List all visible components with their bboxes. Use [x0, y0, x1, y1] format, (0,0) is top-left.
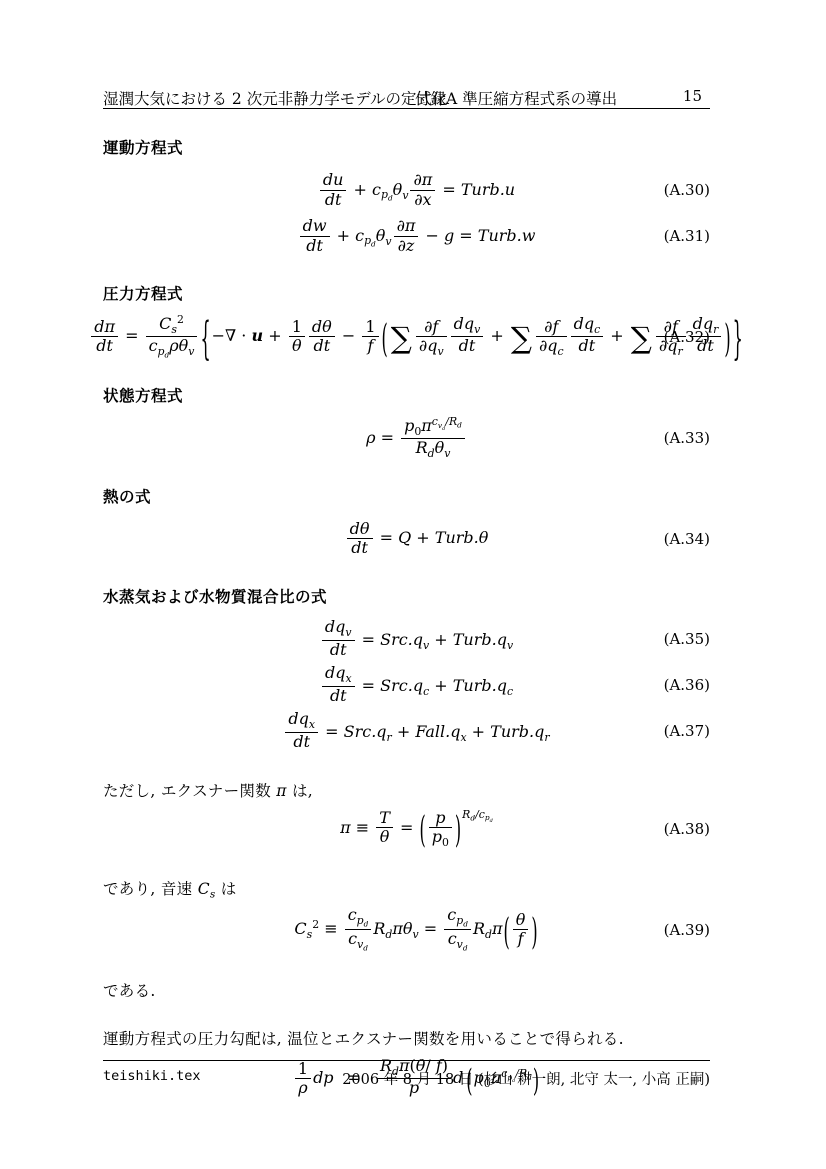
equation-A.30: dudt + cpdθv∂π∂x = Turb.u(A.30)	[103, 168, 710, 212]
footer-filename: teishiki.tex	[103, 1068, 201, 1089]
equation-number: (A.35)	[664, 630, 710, 648]
section-heading: 圧力方程式	[103, 282, 710, 304]
equation-content: dqxdt = Src.qr + Fall.qx + Turb.qr	[283, 710, 549, 751]
equation-A.39: Cs2 ≡ cpdcvdRdπθv = cpdcvdRdπ(θf)(A.39)	[103, 906, 710, 953]
equation-content: dqvdt = Src.qv + Turb.qv	[320, 618, 513, 659]
equation-content: dwdt + cpdθv∂π∂z − g = Turb.w	[298, 217, 536, 255]
equation-number: (A.39)	[664, 921, 710, 939]
paragraph: 運動方程式の圧力勾配は, 温位とエクスナー関数を用いることで得られる.	[103, 1027, 710, 1049]
paper-page: 湿潤大気における 2 次元非静力学モデルの定式化 付録A 準圧縮方程式系の導出 …	[0, 0, 826, 1169]
paragraph: であり, 音速 Cs は	[103, 877, 710, 901]
equation-content: dπdt = Cs2cpdρθv{−∇ · u + 1θdθdt − 1f(∑∂…	[89, 314, 744, 360]
equation-number: (A.31)	[664, 227, 710, 245]
section-heading: 熱の式	[103, 485, 710, 507]
content: 運動方程式dudt + cpdθv∂π∂x = Turb.u(A.30)dwdt…	[103, 112, 710, 1101]
running-head-left: 湿潤大気における 2 次元非静力学モデルの定式化	[103, 87, 447, 109]
section-heading: 運動方程式	[103, 136, 710, 158]
equation-A.36: dqxdt = Src.qc + Turb.qc(A.36)	[103, 663, 710, 707]
equation-A.33: ρ = p0πcvd/RdRdθv(A.33)	[103, 416, 710, 461]
equation-number: (A.30)	[664, 181, 710, 199]
page-header: 湿潤大気における 2 次元非静力学モデルの定式化 付録A 準圧縮方程式系の導出 …	[103, 87, 710, 109]
page-number: 15	[683, 87, 702, 105]
equation-A.35: dqvdt = Src.qv + Turb.qv(A.35)	[103, 617, 710, 661]
equation-number: (A.38)	[664, 820, 710, 838]
equation-A.32: dπdt = Cs2cpdρθv{−∇ · u + 1θdθdt − 1f(∑∂…	[103, 314, 710, 360]
equation-number: (A.34)	[664, 530, 710, 548]
equation-A.38: π ≡ Tθ = (pp0)Rd/cpd(A.38)	[103, 807, 710, 851]
page-footer: teishiki.tex 2006 年 8 月 18 日 (杉山 耕一朗, 北守…	[103, 1060, 710, 1089]
running-head-right: 付録A 準圧縮方程式系の導出	[415, 87, 617, 109]
equation-A.37: dqxdt = Src.qr + Fall.qx + Turb.qr(A.37)	[103, 709, 710, 753]
equation-content: ρ = p0πcvd/RdRdθv	[366, 416, 467, 461]
equation-content: dθdt = Q + Turb.θ	[345, 520, 489, 558]
paragraph: ただし, エクスナー関数 π は,	[103, 779, 710, 801]
equation-A.31: dwdt + cpdθv∂π∂z − g = Turb.w(A.31)	[103, 214, 710, 258]
equation-A.34: dθdt = Q + Turb.θ(A.34)	[103, 517, 710, 561]
equation-number: (A.32)	[664, 328, 710, 346]
equation-content: π ≡ Tθ = (pp0)Rd/cpd	[340, 808, 493, 850]
paragraph: である.	[103, 979, 710, 1001]
equation-content: dqxdt = Src.qc + Turb.qc	[320, 664, 513, 705]
footer-date-authors: 2006 年 8 月 18 日 (杉山 耕一朗, 北守 太一, 小高 正嗣)	[342, 1068, 710, 1089]
equation-number: (A.37)	[664, 722, 710, 740]
equation-number: (A.33)	[664, 429, 710, 447]
header-rule	[103, 108, 710, 109]
equation-content: Cs2 ≡ cpdcvdRdπθv = cpdcvdRdπ(θf)	[294, 906, 538, 953]
section-heading: 水蒸気および水物質混合比の式	[103, 585, 710, 607]
equation-number: (A.36)	[664, 676, 710, 694]
equation-content: dudt + cpdθv∂π∂x = Turb.u	[318, 171, 515, 209]
section-heading: 状態方程式	[103, 384, 710, 406]
